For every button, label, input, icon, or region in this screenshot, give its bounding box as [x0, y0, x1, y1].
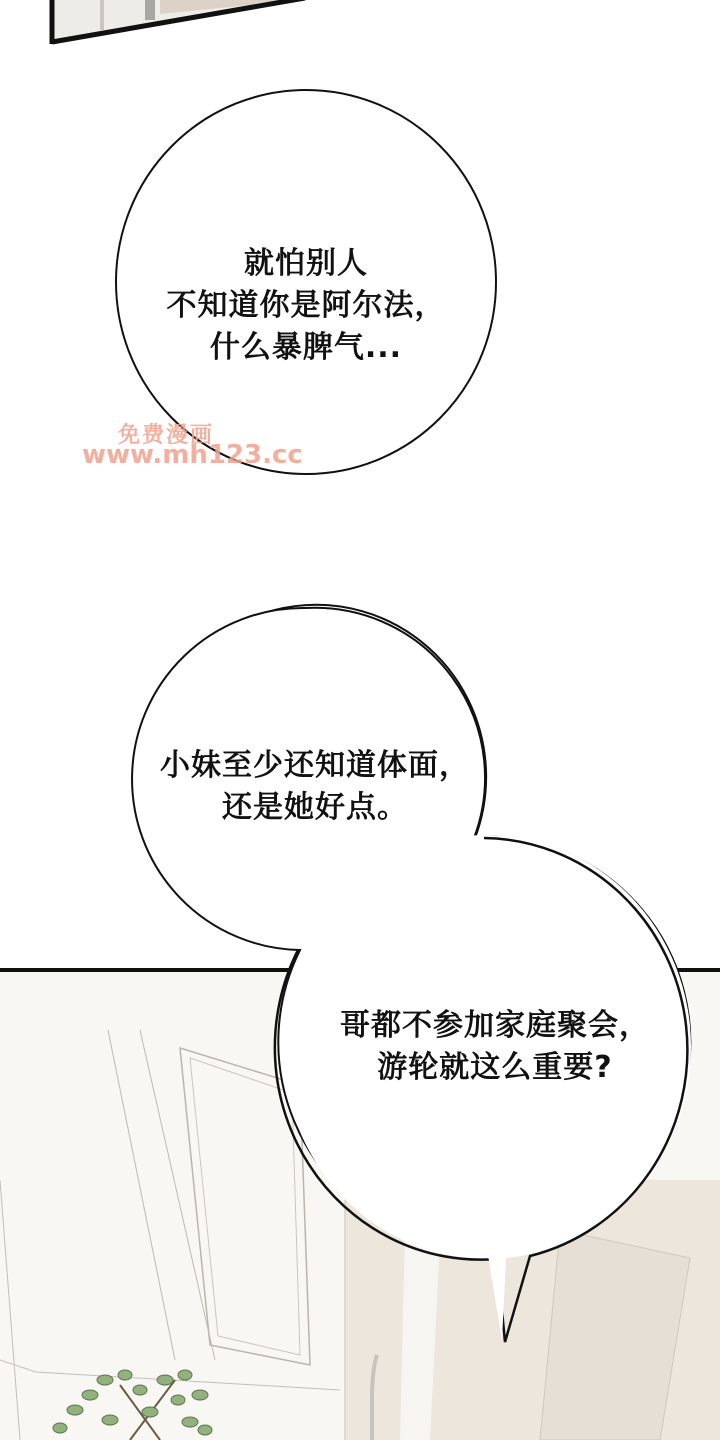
bubble-3-text: 哥都不参加家庭聚会， 游轮就这么重要?	[305, 1005, 685, 1089]
bubble-3-line-2: 游轮就这么重要?	[305, 1047, 685, 1089]
comic-artwork	[0, 0, 720, 1440]
bubble-2-text: 小妹至少还知道体面， 还是她好点。	[140, 745, 490, 829]
watermark-url: www.mh123.cc	[82, 440, 303, 470]
top-panel-fragment	[52, 0, 305, 44]
bubble-2-line-2: 还是她好点。	[140, 787, 490, 829]
bubble-2-line-1: 小妹至少还知道体面，	[140, 745, 490, 787]
bubble-1-line-1: 就怕别人	[120, 243, 492, 285]
bubble-1-line-2: 不知道你是阿尔法，	[120, 285, 492, 327]
bubble-3-line-1: 哥都不参加家庭聚会，	[305, 1005, 685, 1047]
bubble-1-text: 就怕别人 不知道你是阿尔法， 什么暴脾气...	[120, 243, 492, 369]
bubble-1-line-3: 什么暴脾气...	[120, 327, 492, 369]
